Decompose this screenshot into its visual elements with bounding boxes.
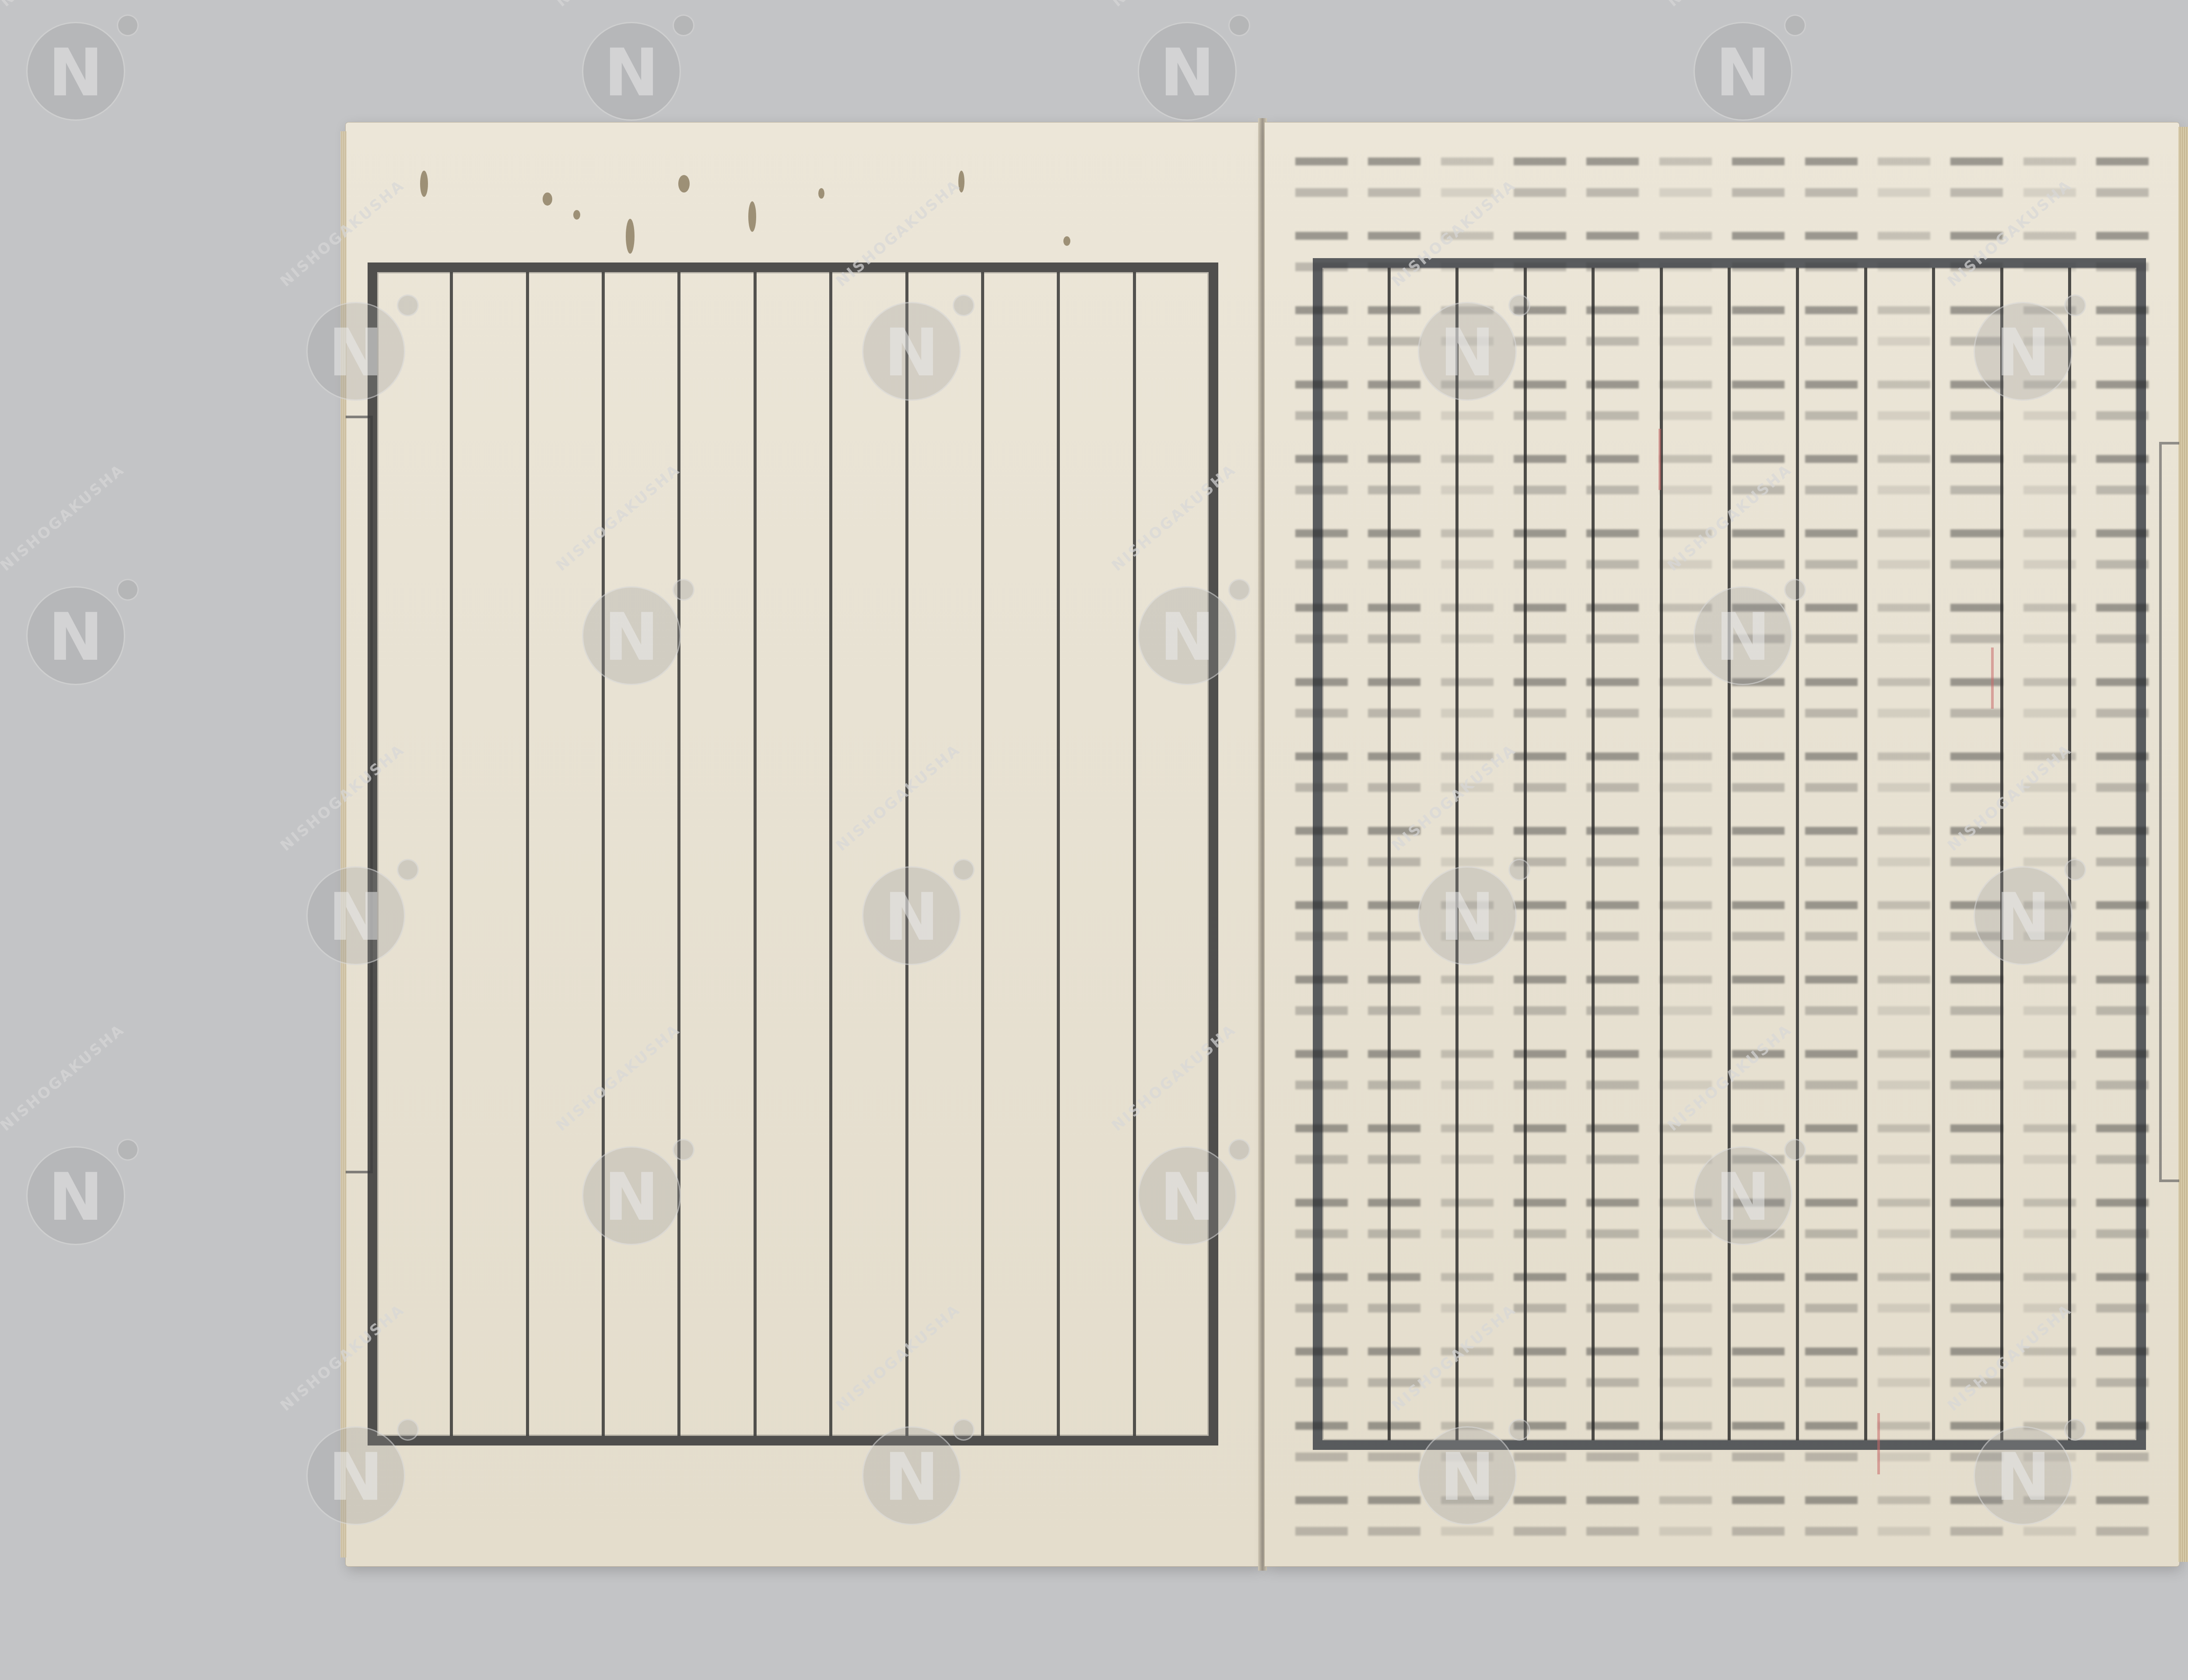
watermark-logo: NNISHOGAKUSHA bbox=[582, 586, 681, 685]
watermark-logo: NNISHOGAKUSHA bbox=[582, 1146, 681, 1245]
red-ink-mark bbox=[1659, 429, 1661, 490]
watermark-n-icon: N bbox=[884, 879, 939, 955]
watermark-dot-icon bbox=[1228, 579, 1250, 601]
watermark-dot-icon bbox=[673, 579, 694, 601]
watermark-dot-icon bbox=[1784, 14, 1806, 36]
watermark-n-icon: N bbox=[1995, 879, 2051, 955]
watermark-logo: NNISHOGAKUSHA bbox=[1974, 1426, 2072, 1525]
column-rules-left bbox=[377, 272, 1209, 1436]
watermark-n-icon: N bbox=[328, 315, 383, 391]
watermark-dot-icon bbox=[397, 1419, 419, 1441]
watermark-logo: NNISHOGAKUSHA bbox=[1974, 302, 2072, 401]
watermark-logo: NNISHOGAKUSHA bbox=[1694, 22, 1792, 121]
watermark-dot-icon bbox=[1508, 1419, 1530, 1441]
watermark-logo: NNISHOGAKUSHA bbox=[26, 22, 125, 121]
watermark-text: NISHOGAKUSHA bbox=[1664, 0, 1776, 10]
watermark-dot-icon bbox=[673, 14, 694, 36]
watermark-n-icon: N bbox=[1715, 35, 1771, 111]
open-book bbox=[346, 109, 2179, 1571]
watermark-logo: NNISHOGAKUSHA bbox=[1418, 302, 1517, 401]
watermark-logo: NNISHOGAKUSHA bbox=[1418, 1426, 1517, 1525]
watermark-n-icon: N bbox=[1995, 1439, 2051, 1515]
watermark-dot-icon bbox=[1508, 859, 1530, 881]
watermark-dot-icon bbox=[1784, 579, 1806, 601]
watermark-dot-icon bbox=[117, 14, 139, 36]
watermark-n-icon: N bbox=[604, 35, 659, 111]
watermark-n-icon: N bbox=[884, 315, 939, 391]
watermark-dot-icon bbox=[953, 859, 975, 881]
page-stack-edge-right bbox=[2178, 127, 2188, 1562]
watermark-n-icon: N bbox=[604, 599, 659, 675]
watermark-dot-icon bbox=[673, 1139, 694, 1161]
watermark-dot-icon bbox=[2064, 859, 2086, 881]
watermark-logo: NNISHOGAKUSHA bbox=[1694, 586, 1792, 685]
watermark-n-icon: N bbox=[1160, 1159, 1215, 1235]
watermark-dot-icon bbox=[117, 579, 139, 601]
watermark-dot-icon bbox=[397, 294, 419, 316]
printed-grid-frame-left bbox=[368, 262, 1218, 1445]
left-page bbox=[346, 122, 1260, 1566]
watermark-logo: NNISHOGAKUSHA bbox=[26, 586, 125, 685]
watermark-logo: NNISHOGAKUSHA bbox=[26, 1146, 125, 1245]
watermark-n-icon: N bbox=[1440, 879, 1495, 955]
watermark-n-icon: N bbox=[1995, 315, 2051, 391]
watermark-dot-icon bbox=[953, 1419, 975, 1441]
watermark-n-icon: N bbox=[1440, 315, 1495, 391]
watermark-text: NISHOGAKUSHA bbox=[1108, 0, 1220, 10]
watermark-logo: NNISHOGAKUSHA bbox=[1418, 866, 1517, 965]
red-ink-mark bbox=[1877, 1413, 1880, 1474]
watermark-logo: NNISHOGAKUSHA bbox=[1694, 1146, 1792, 1245]
watermark-n-icon: N bbox=[1440, 1439, 1495, 1515]
watermark-dot-icon bbox=[2064, 294, 2086, 316]
watermark-logo: NNISHOGAKUSHA bbox=[306, 866, 405, 965]
watermark-logo: NNISHOGAKUSHA bbox=[862, 866, 961, 965]
watermark-text: NISHOGAKUSHA bbox=[0, 477, 109, 574]
watermark-n-icon: N bbox=[328, 879, 383, 955]
watermark-dot-icon bbox=[1508, 294, 1530, 316]
watermark-n-icon: N bbox=[328, 1439, 383, 1515]
watermark-text: NISHOGAKUSHA bbox=[553, 0, 665, 10]
watermark-n-icon: N bbox=[884, 1439, 939, 1515]
watermark-logo: NNISHOGAKUSHA bbox=[1138, 22, 1237, 121]
watermark-n-icon: N bbox=[1715, 599, 1771, 675]
watermark-text: NISHOGAKUSHA bbox=[0, 0, 109, 10]
watermark-dot-icon bbox=[1228, 14, 1250, 36]
watermark-n-icon: N bbox=[48, 35, 103, 111]
watermark-n-icon: N bbox=[1715, 1159, 1771, 1235]
watermark-dot-icon bbox=[117, 1139, 139, 1161]
watermark-logo: NNISHOGAKUSHA bbox=[306, 1426, 405, 1525]
watermark-dot-icon bbox=[397, 859, 419, 881]
watermark-dot-icon bbox=[953, 294, 975, 316]
watermark-dot-icon bbox=[1228, 1139, 1250, 1161]
watermark-n-icon: N bbox=[604, 1159, 659, 1235]
watermark-n-icon: N bbox=[48, 1159, 103, 1235]
watermark-logo: NNISHOGAKUSHA bbox=[862, 1426, 961, 1525]
watermark-dot-icon bbox=[2064, 1419, 2086, 1441]
watermark-n-icon: N bbox=[48, 599, 103, 675]
red-ink-mark bbox=[1991, 647, 1994, 709]
watermark-n-icon: N bbox=[1160, 35, 1215, 111]
watermark-dot-icon bbox=[1784, 1139, 1806, 1161]
watermark-n-icon: N bbox=[1160, 599, 1215, 675]
watermark-logo: NNISHOGAKUSHA bbox=[1138, 1146, 1237, 1245]
watermark-logo: NNISHOGAKUSHA bbox=[306, 302, 405, 401]
watermark-logo: NNISHOGAKUSHA bbox=[582, 22, 681, 121]
watermark-logo: NNISHOGAKUSHA bbox=[1138, 586, 1237, 685]
watermark-logo: NNISHOGAKUSHA bbox=[1974, 866, 2072, 965]
watermark-logo: NNISHOGAKUSHA bbox=[862, 302, 961, 401]
watermark-text: NISHOGAKUSHA bbox=[0, 1037, 109, 1134]
